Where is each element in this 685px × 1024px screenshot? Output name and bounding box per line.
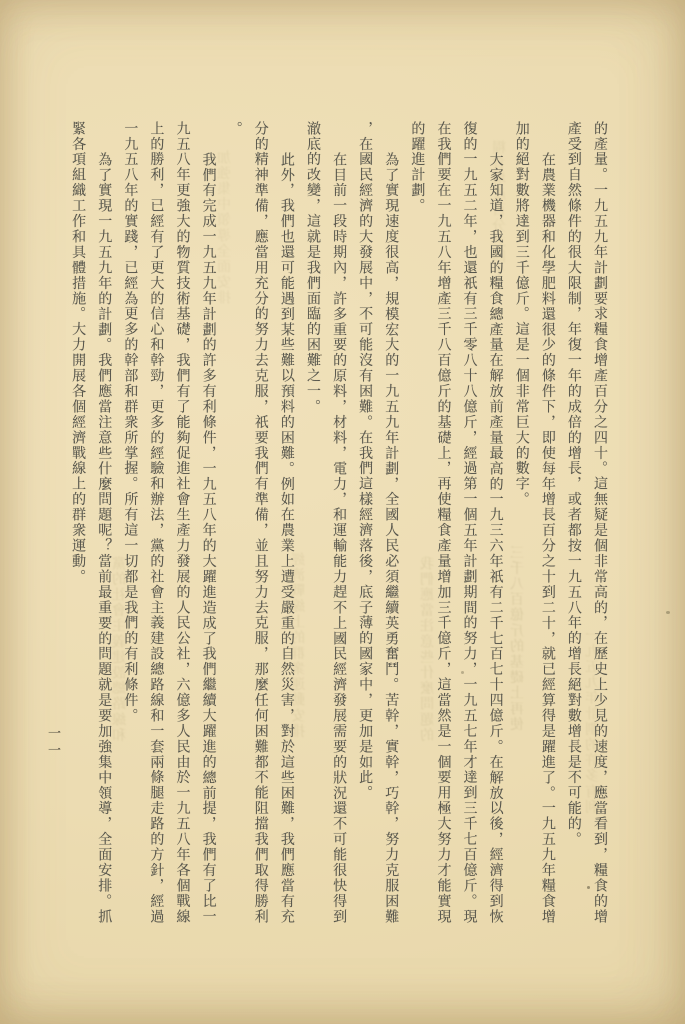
text-column: 的躍進計劃。	[403, 121, 429, 943]
text-column: 為了實現一九五九年的計劃。我們應當注意些什麼問題呢？當前最重要的問題就是要加強集…	[90, 121, 116, 943]
text-column: 大家知道，我國的糧食總產量在解放前產量最高的一九三六年祇有二千七百七十四億斤。在…	[482, 121, 508, 943]
text-column: 在目前一段時期內，許多重要的原料，材料，電力，和運輸能力趕不上國民經濟發展需要的…	[325, 121, 351, 943]
text-column: 的產量。一九五九年計劃要求糧食增產百分之四十。這無疑是個非常高的，在歷史上少見的…	[586, 121, 612, 943]
text-column: 緊各項組織工作和具體措施。大力開展各個經濟戰線上的群衆運動。	[64, 121, 90, 943]
text-column: 產受到自然條件的很大限制，年復一年的成倍的增長，或者都按一九五八年的增長絕對數增…	[560, 121, 586, 943]
text-column: 澈底的改變，這就是我們面臨的困難之一。	[299, 121, 325, 943]
text-column: 在我們要在一九五八年增產三千八百億斤的基礎上，再使糧食產量增加三千億斤，這當然是…	[429, 121, 455, 943]
text-column: 在農業機器和化學肥料還很少的條件下，即使每年增長百分之十到二十，就已經算得是躍進…	[534, 121, 560, 943]
text-column: 此外，我們也還可能遇到某些難以預料的困難。例如在農業上遭受嚴重的自然災害，對於這…	[273, 121, 299, 943]
body-text-block: 的產量。一九五九年計劃要求糧食增產百分之四十。這無疑是個非常高的，在歷史上少見的…	[64, 121, 612, 943]
text-column: 加的絕對數將達到三千億斤。這是一個非常巨大的數字。	[508, 121, 534, 943]
text-column: 一九五八年的實踐，已經為更多的幹部和群衆所掌握。所有這一切都是我們的有利條件。	[116, 121, 142, 943]
text-column: 我們有完成一九五九年計劃的許多有利條件，一九五八年的大躍進造成了我們繼續大躍進的…	[195, 121, 221, 943]
text-column: 為了實現速度很高，規模宏大的一九五九年計劃，全國人民必須繼續英勇奮鬥。苦幹，實幹…	[377, 121, 403, 943]
text-column: 復的一九五二年，也還祇有三千零八十八億斤，經過第一個五年計劃期間的努力，一九五七…	[455, 121, 481, 943]
text-column: 。	[221, 121, 247, 943]
scanned-page: 三千八百億斤的基礎上再使 我們應當注意些什麼問題的 經濟戰線上的群衆運動安排 一…	[0, 0, 685, 1024]
text-column: 九五八年更強大的物質技術基礎，我們有了能夠促進社會生產力發展的人民公社，六億多人…	[168, 121, 194, 943]
text-column: 上的勝利，已經有了更大的信心和幹勁，更多的經驗和辦法，黨的社會主義建設總路線和一…	[142, 121, 168, 943]
text-column: 分的精神準備，應當用充分的努力去克服，祇要我們有準備，並且努力去克服，那麼任何困…	[247, 121, 273, 943]
text-column: ，在國民經濟的大發展中，不可能沒有困難。在我們這樣經濟落後，底子薄的國家中，更加…	[351, 121, 377, 943]
page-number: 一一	[44, 726, 63, 760]
paper-speck	[666, 611, 670, 614]
